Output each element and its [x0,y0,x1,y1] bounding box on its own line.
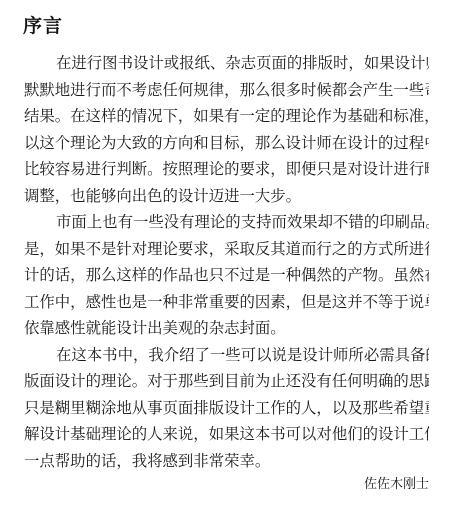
text-line: 版面设计的理论。对于那些到目前为止还没有任何明确的思路，而 [24,368,429,395]
text-line: 计的话，那么这样的作品也只不过是一种偶然的产物。虽然在设计 [24,262,429,289]
text-line: 市面上也有一些没有理论的支持而效果却不错的印刷品。但 [24,209,429,236]
text-line: 调整，也能够向出色的设计迈进一大步。 [24,183,429,210]
text-line: 是，如果不是针对理论要求，采取反其道而行之的方式所进行的设 [24,236,429,263]
text-line: 默默地进行而不考虑任何规律，那么很多时候都会产生一些奇怪的 [24,77,429,104]
paragraph-1: 在进行图书设计或报纸、杂志页面的排版时，如果设计师只是 默默地进行而不考虑任何规… [24,50,429,209]
text-line: 只是糊里糊涂地从事页面排版设计工作的人，以及那些希望重新了 [24,395,429,422]
text-line: 结果。在这样的情况下，如果有一定的理论作为基础和标准，并且 [24,103,429,130]
text-line: 解设计基础理论的人来说，如果这本书可以对他们的设计工作起到 [24,421,429,448]
text-line: 一点帮助的话，我将感到非常荣幸。 [24,448,429,475]
document-body: 在进行图书设计或报纸、杂志页面的排版时，如果设计师只是 默默地进行而不考虑任何规… [24,50,429,474]
text-line: 依靠感性就能设计出美观的杂志封面。 [24,315,429,342]
text-line: 在进行图书设计或报纸、杂志页面的排版时，如果设计师只是 [24,50,429,77]
paragraph-3: 在这本书中，我介绍了一些可以说是设计师所必需具备的关于 版面设计的理论。对于那些… [24,342,429,475]
text-line: 以这个理论为大致的方向和目标，那么设计师在设计的过程中就会 [24,130,429,157]
document-page: 序言 在进行图书设计或报纸、杂志页面的排版时，如果设计师只是 默默地进行而不考虑… [0,0,451,519]
page-title: 序言 [23,14,63,38]
author-signature: 佐佐木刚士 [364,475,429,495]
text-line: 在这本书中，我介绍了一些可以说是设计师所必需具备的关于 [24,342,429,369]
paragraph-2: 市面上也有一些没有理论的支持而效果却不错的印刷品。但 是，如果不是针对理论要求，… [24,209,429,342]
text-line: 工作中，感性也是一种非常重要的因素，但是这并不等于说单纯地 [24,289,429,316]
text-line: 比较容易进行判断。按照理论的要求，即便只是对设计进行略微的 [24,156,429,183]
